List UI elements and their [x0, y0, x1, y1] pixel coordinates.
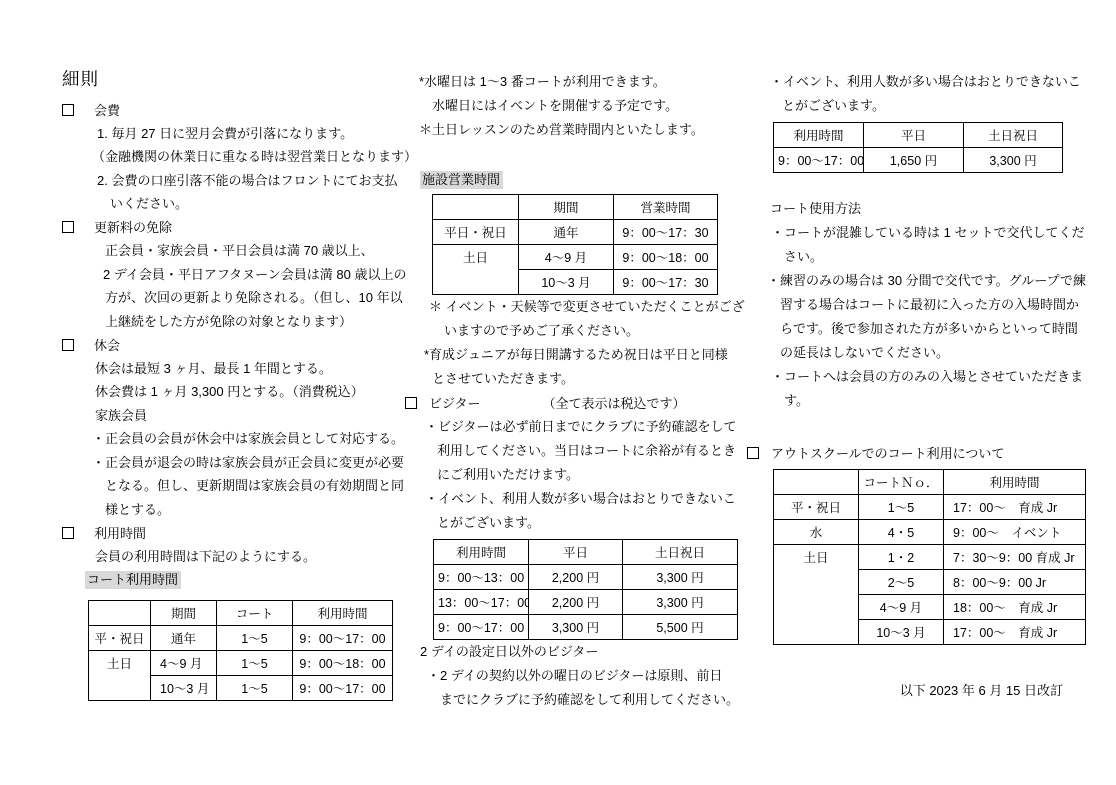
- spacer: [747, 413, 1089, 441]
- table-header-cell: 平日: [529, 540, 623, 565]
- table-row: 13：00～17：002,200 円3,300 円: [434, 590, 738, 615]
- table-cell: 1～5: [217, 650, 293, 675]
- table-header-cell: 利用時間: [434, 540, 529, 565]
- text-line: す。: [747, 389, 1089, 413]
- table-cell: 水: [774, 520, 859, 545]
- text-line: ＊ イベント・天候等で変更させていただくことがござ: [405, 295, 740, 319]
- column-middle: *水曜日は 1～3 番コートが利用できます。水曜日にはイベントを開催する予定です…: [405, 70, 740, 712]
- table-cell: 3,300 円: [529, 615, 623, 640]
- text-line: 方が、次回の更新より免除される。（但し、10 年以: [62, 286, 392, 310]
- table-header-row: 利用時間平日土日祝日: [774, 123, 1063, 148]
- table-cell: 13：00～17：00: [434, 590, 529, 615]
- table-cell: 9：00～13：00: [434, 565, 529, 590]
- table-header-cell: 期間: [151, 600, 217, 625]
- table-row: 平・祝日通年1～59：00～17：00: [89, 625, 393, 650]
- table-row: 土日4～9 月9：00～18：00: [433, 245, 718, 270]
- table-cell: 18：00～ 育成 Jr: [944, 595, 1086, 620]
- checkbox-icon: [62, 339, 74, 351]
- text-line: ・正会員の会員が休会中は家族会員として対応する。: [62, 427, 392, 451]
- text-line: 休会費は 1 ヶ月 3,300 円とする。（消費税込）: [62, 380, 392, 404]
- table-cell: 9：00～17：00: [293, 625, 393, 650]
- table-cell: 平・祝日: [89, 625, 151, 650]
- checkbox-item: アウトスクールでのコート利用について: [747, 441, 1089, 465]
- checkbox-icon: [62, 104, 74, 116]
- text-line: までにクラブに予約確認をして利用してください。: [405, 688, 740, 712]
- table-header-cell: 利用時間: [293, 600, 393, 625]
- table-cell: 10～3 月: [859, 620, 944, 645]
- table-cell: 5,500 円: [623, 615, 738, 640]
- text-line: 様とする。: [62, 498, 392, 522]
- text-line: 会員の利用時間は下記のようにする。: [62, 545, 392, 569]
- table-cell: 1,650 円: [864, 148, 964, 173]
- text-line: 正会員・家族会員・平日会員は満 70 歳以上、: [62, 239, 392, 263]
- table-cell: 3,300 円: [623, 590, 738, 615]
- highlighted-label-text: 施設営業時間: [420, 171, 503, 189]
- table-cell: 9：00～17：30: [614, 220, 718, 245]
- text-line: ・正会員が退会の時は家族会員が正会員に変更が必要: [62, 451, 392, 475]
- highlighted-label: 施設営業時間: [405, 168, 740, 192]
- checkbox-item: 休会: [62, 333, 392, 357]
- table-cell: 9：00～ イベント: [944, 520, 1086, 545]
- table-cell: 9：00～18：00: [293, 650, 393, 675]
- highlighted-label: コート利用時間: [62, 568, 392, 592]
- table-cell: 9：00～17：30: [614, 270, 718, 295]
- outschool-court-usage-table: コートＮｏ．利用時間平・祝日1～517：00～ 育成 Jr水4・59：00～ イ…: [773, 469, 1086, 645]
- text-line: （金融機関の休業日に重なる時は翌営業日となります）: [62, 145, 392, 169]
- table-header-cell: コート: [217, 600, 293, 625]
- table-cell: 2～5: [859, 570, 944, 595]
- checkbox-item: 会費: [62, 98, 392, 122]
- text-line: 上継続をした方が免除の対象となります）: [62, 310, 392, 334]
- checkbox-icon: [62, 527, 74, 539]
- table-header-cell: 土日祝日: [964, 123, 1063, 148]
- checkbox-item: 利用時間: [62, 521, 392, 545]
- table-cell: 1・2: [859, 545, 944, 570]
- text-line: となる。但し、更新期間は家族会員の有効期間と同: [62, 474, 392, 498]
- table-cell: 4～9 月: [859, 595, 944, 620]
- table-row: 9：00～17：001,650 円3,300 円: [774, 148, 1063, 173]
- table-cell: 9：00～17：00: [293, 675, 393, 700]
- table-cell: 平日・祝日: [433, 220, 519, 245]
- table-header-row: 期間コート利用時間: [89, 600, 393, 625]
- text-line: とがございます。: [405, 511, 740, 535]
- checkbox-item-label: 休会: [94, 338, 120, 353]
- text-line: ・イベント、利用人数が多い場合はおとりできないこ: [405, 487, 740, 511]
- table-header-row: 期間営業時間: [433, 195, 718, 220]
- table-cell: 9：00～17：00: [774, 148, 864, 173]
- table-header-cell: 平日: [864, 123, 964, 148]
- table-cell: 3,300 円: [964, 148, 1063, 173]
- table-cell: 10～3 月: [151, 675, 217, 700]
- column-right: ・イベント、利用人数が多い場合はおとりできないことがございます。利用時間平日土日…: [747, 70, 1089, 703]
- text-line: らです。後で参加された方が多いからといって時間: [747, 317, 1089, 341]
- checkbox-item-label: 更新料の免除: [94, 220, 172, 235]
- table-row: 9：00～17：003,300 円5,500 円: [434, 615, 738, 640]
- table-header-cell: 期間: [519, 195, 614, 220]
- table-header-cell: [774, 470, 859, 495]
- table-cell: 通年: [519, 220, 614, 245]
- event-price-table: 利用時間平日土日祝日9：00～17：001,650 円3,300 円: [773, 122, 1063, 173]
- table-cell: 10～3 月: [519, 270, 614, 295]
- page-title: 細則: [62, 64, 392, 94]
- facility-business-hours-table: 期間営業時間平日・祝日通年9：00～17：30土日4～9 月9：00～18：00…: [432, 194, 718, 295]
- table-row: 9：00～13：002,200 円3,300 円: [434, 565, 738, 590]
- checkbox-item-label: アウトスクールでのコート利用について: [771, 446, 1004, 461]
- checkbox-item-label: 利用時間: [94, 526, 146, 541]
- text-line: ・練習のみの場合は 30 分間で交代です。グループで練: [747, 269, 1089, 293]
- text-line: 習する場合はコートに最初に入った方の入場時間か: [747, 293, 1089, 317]
- table-cell: 2,200 円: [529, 565, 623, 590]
- text-line: 1. 毎月 27 日に翌月会費が引落になります。: [62, 122, 392, 146]
- table-row: 土日1・27：30～9：00 育成 Jr: [774, 545, 1086, 570]
- table-cell: 4・5: [859, 520, 944, 545]
- table-header-cell: 利用時間: [944, 470, 1086, 495]
- checkbox-item-label: ビジター: [429, 396, 480, 411]
- text-line: 2 デイ会員・平日アフタヌーン会員は満 80 歳以上の: [62, 263, 392, 287]
- table-cell: 土日: [89, 650, 151, 700]
- column-left: 細則会費1. 毎月 27 日に翌月会費が引落になります。（金融機関の休業日に重な…: [62, 64, 392, 701]
- text-line: コート使用方法: [747, 197, 1089, 221]
- table-cell: 平・祝日: [774, 495, 859, 520]
- checkbox-icon: [405, 397, 417, 409]
- text-line: *水曜日は 1～3 番コートが利用できます。: [405, 70, 740, 94]
- table-row: 水4・59：00～ イベント: [774, 520, 1086, 545]
- text-line: とがございます。: [747, 94, 1089, 118]
- court-usage-hours-table: 期間コート利用時間平・祝日通年1～59：00～17：00土日4～9 月1～59：…: [88, 600, 393, 701]
- text-line: 2 デイの設定日以外のビジター: [405, 640, 740, 664]
- table-header-cell: 利用時間: [774, 123, 864, 148]
- table-cell: 通年: [151, 625, 217, 650]
- text-line: いますので予めご了承ください。: [405, 319, 740, 343]
- highlighted-label-text: コート利用時間: [85, 571, 181, 589]
- table-header-cell: [433, 195, 519, 220]
- table-row: 土日4～9 月1～59：00～18：00: [89, 650, 393, 675]
- checkbox-icon: [62, 221, 74, 233]
- table-cell: 17：00～ 育成 Jr: [944, 620, 1086, 645]
- table-cell: 3,300 円: [623, 565, 738, 590]
- text-line: 休会は最短 3 ヶ月、最長 1 年間とする。: [62, 357, 392, 381]
- table-header-row: 利用時間平日土日祝日: [434, 540, 738, 565]
- visitor-price-table: 利用時間平日土日祝日9：00～13：002,200 円3,300 円13：00～…: [433, 539, 738, 640]
- table-row: 平・祝日1～517：00～ 育成 Jr: [774, 495, 1086, 520]
- revision-note: 以下 2023 年 6 月 15 日改訂: [747, 679, 1089, 703]
- table-cell: 9：00～18：00: [614, 245, 718, 270]
- text-line: ・コートへは会員の方のみの入場とさせていただきま: [747, 365, 1089, 389]
- text-line: ・イベント、利用人数が多い場合はおとりできないこ: [747, 70, 1089, 94]
- text-line: ・コートが混雑している時は 1 セットで交代してくだ: [747, 221, 1089, 245]
- table-cell: 土日: [774, 545, 859, 645]
- checkbox-item-note: （全て表示は税込です）: [542, 396, 685, 411]
- text-line: にご利用いただけます。: [405, 463, 740, 487]
- checkbox-item: ビジター（全て表示は税込です）: [405, 391, 740, 415]
- text-line: ＊土日レッスンのため営業時間内といたします。: [405, 118, 740, 142]
- spacer: [405, 142, 740, 168]
- table-cell: 8：00～9：00 Jr: [944, 570, 1086, 595]
- text-line: 2. 会費の口座引落不能の場合はフロントにてお支払: [62, 169, 392, 193]
- text-line: とさせていただきます。: [405, 367, 740, 391]
- checkbox-item: 更新料の免除: [62, 216, 392, 240]
- text-line: 利用してください。当日はコートに余裕が有るとき: [405, 439, 740, 463]
- table-cell: 2,200 円: [529, 590, 623, 615]
- table-header-cell: 土日祝日: [623, 540, 738, 565]
- text-line: ・ビジターは必ず前日までにクラブに予約確認をして: [405, 415, 740, 439]
- table-cell: 1～5: [859, 495, 944, 520]
- table-cell: 1～5: [217, 675, 293, 700]
- table-cell: 土日: [433, 245, 519, 295]
- table-header-cell: 営業時間: [614, 195, 718, 220]
- spacer: [747, 173, 1089, 197]
- text-line: 水曜日にはイベントを開催する予定です。: [405, 94, 740, 118]
- text-line: いください。: [62, 192, 392, 216]
- checkbox-icon: [747, 447, 759, 459]
- text-line: の延長はしないでください。: [747, 341, 1089, 365]
- text-line: 家族会員: [62, 404, 392, 428]
- table-cell: 9：00～17：00: [434, 615, 529, 640]
- table-row: 平日・祝日通年9：00～17：30: [433, 220, 718, 245]
- table-cell: 1～5: [217, 625, 293, 650]
- table-cell: 17：00～ 育成 Jr: [944, 495, 1086, 520]
- table-cell: 7：30～9：00 育成 Jr: [944, 545, 1086, 570]
- text-line: *育成ジュニアが毎日開講するため祝日は平日と同様: [405, 343, 740, 367]
- table-cell: 4～9 月: [151, 650, 217, 675]
- table-header-cell: コートＮｏ．: [859, 470, 944, 495]
- checkbox-item-label: 会費: [94, 103, 120, 118]
- table-header-row: コートＮｏ．利用時間: [774, 470, 1086, 495]
- table-cell: 4～9 月: [519, 245, 614, 270]
- table-header-cell: [89, 600, 151, 625]
- text-line: さい。: [747, 245, 1089, 269]
- text-line: ・2 デイの契約以外の曜日のビジターは原則、前日: [405, 664, 740, 688]
